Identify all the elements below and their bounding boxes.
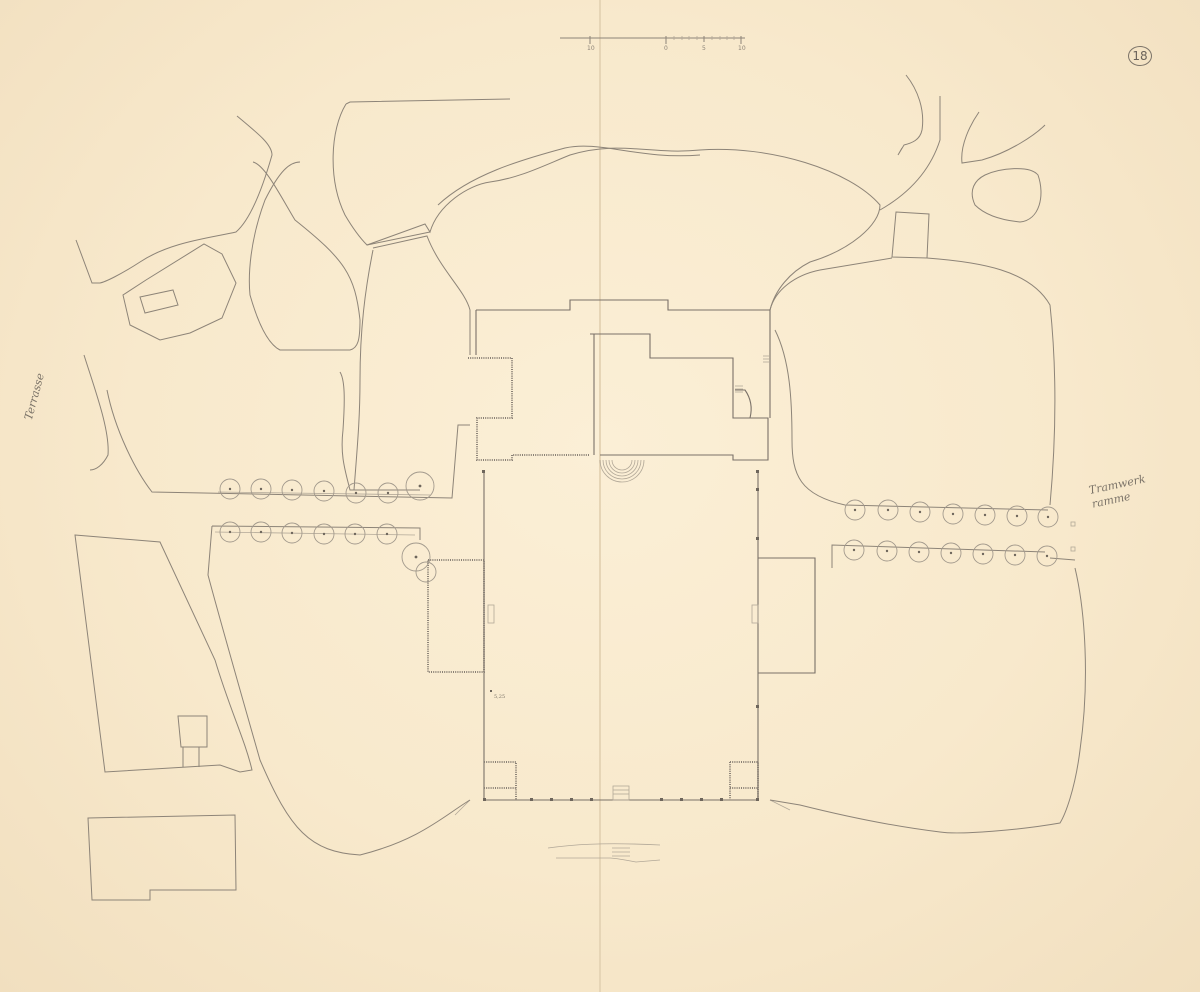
dimension-label: 5,25	[494, 694, 505, 700]
scale-label-10-right: 10	[738, 45, 746, 52]
site-plan-drawing: 10 0 5 10 18 Terrasse Tramwerk ramme 5,2…	[0, 0, 1200, 992]
page-number: 18	[1128, 46, 1152, 66]
paths-northeast	[770, 75, 1055, 510]
scale-label-0: 0	[664, 45, 668, 52]
paths-southwest	[75, 526, 470, 900]
scale-bar	[560, 36, 745, 44]
plan-svg	[0, 0, 1200, 992]
semicircular-steps	[600, 460, 644, 482]
main-hall	[428, 470, 815, 862]
main-building-north	[468, 300, 771, 482]
scale-label-5: 5	[702, 45, 706, 52]
scale-label-10-left: 10	[587, 45, 595, 52]
paths-southeast	[770, 522, 1085, 833]
